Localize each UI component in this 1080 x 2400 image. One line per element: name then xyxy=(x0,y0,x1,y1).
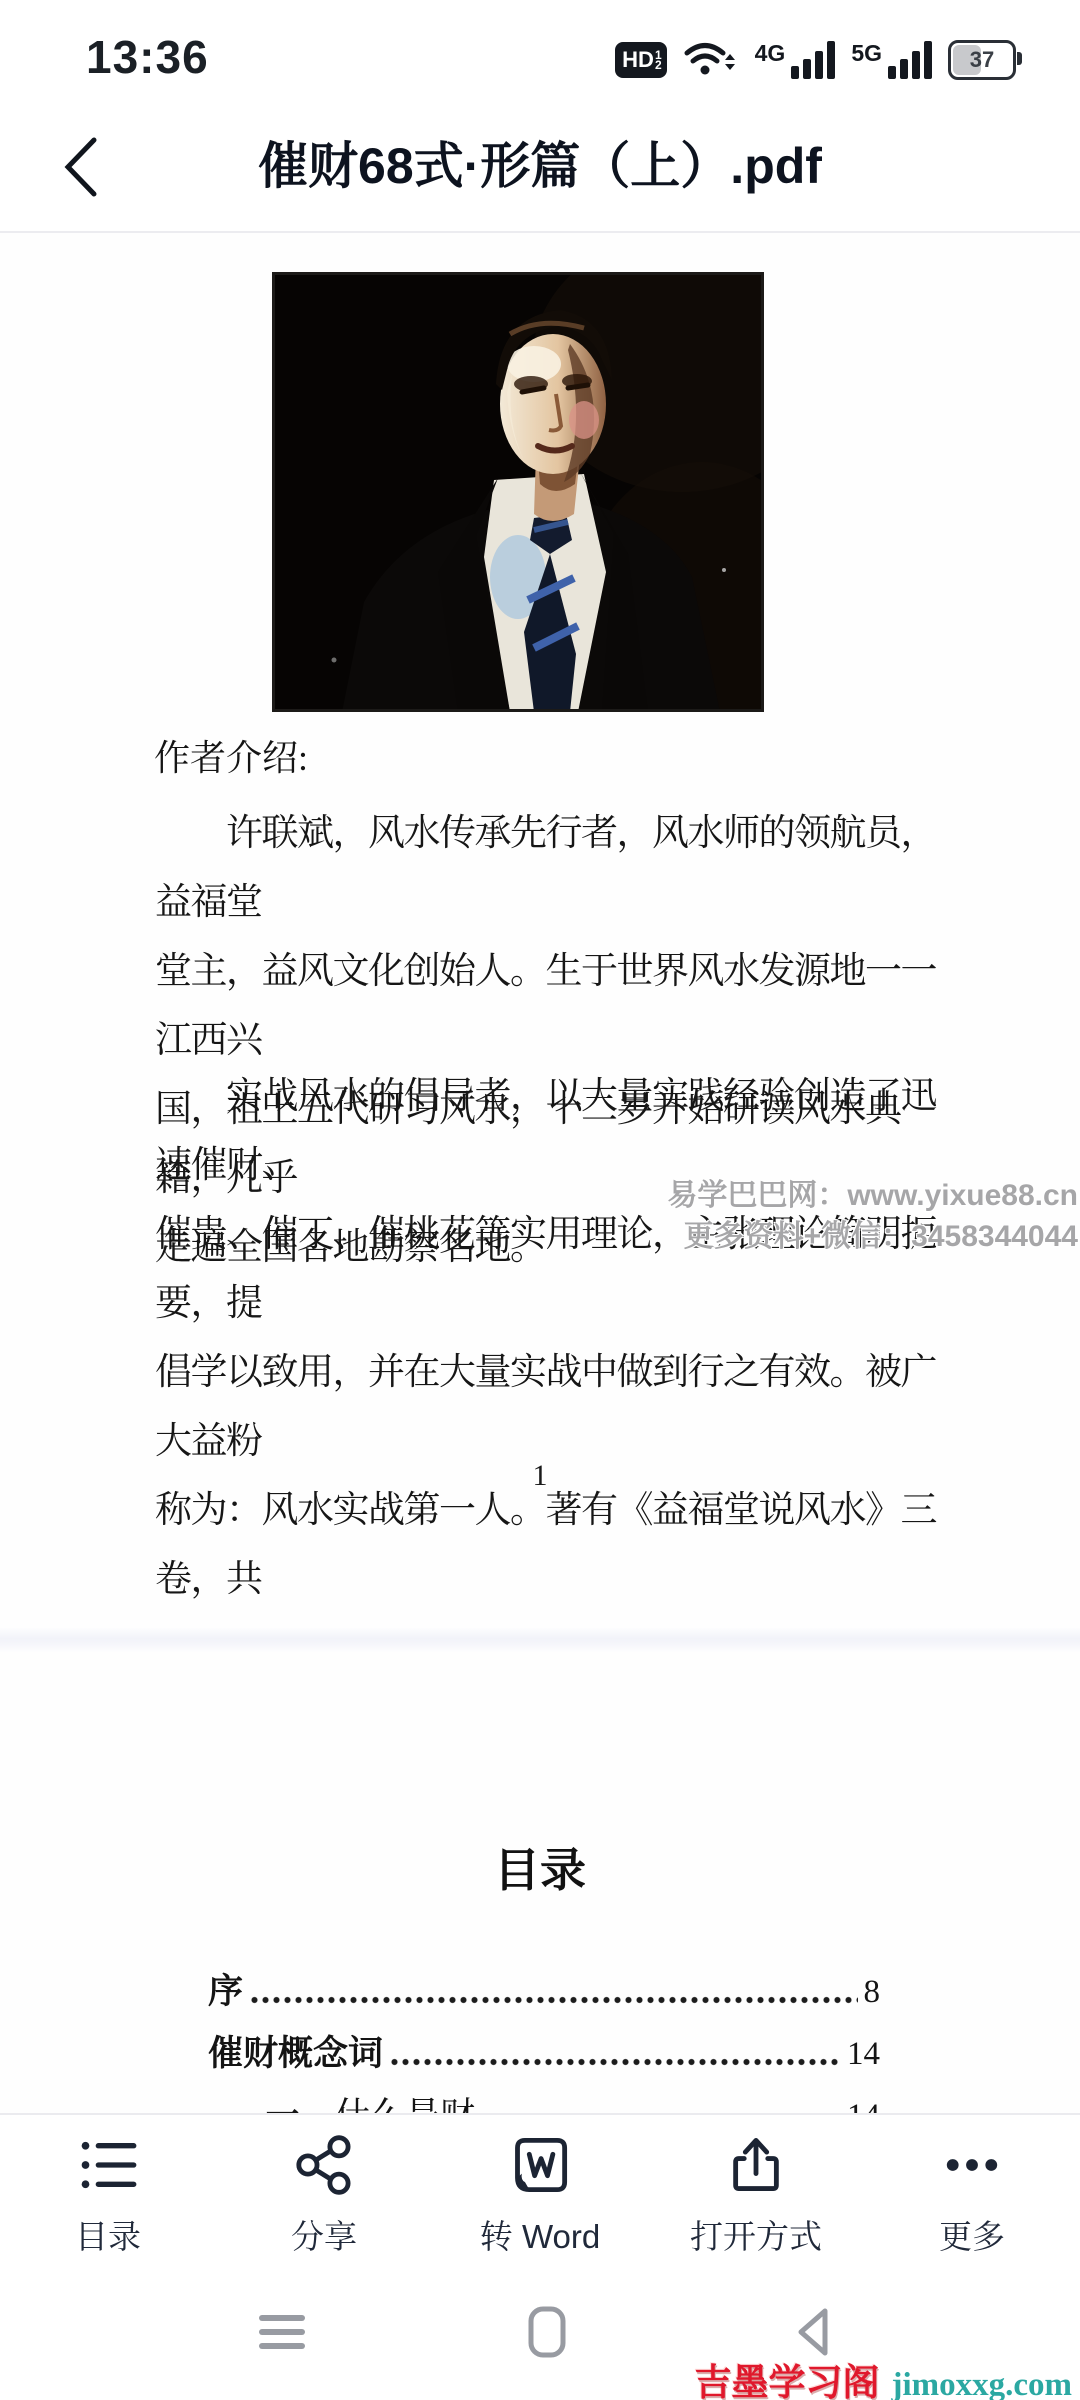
toc-dot-leader xyxy=(481,2092,841,2113)
recents-menu-icon[interactable] xyxy=(254,2304,310,2360)
toolbar-label: 打开方式 xyxy=(690,2211,822,2258)
list-bullets-icon xyxy=(78,2135,138,2195)
toolbar-outline-button[interactable]: 目录 xyxy=(0,2115,216,2292)
share-nodes-icon xyxy=(294,2135,354,2195)
toolbar-more-button[interactable]: 更多 xyxy=(864,2115,1080,2292)
toc-item-label: 催财概念词 xyxy=(208,2032,383,2076)
document-title: 催财68式·形篇（上）.pdf xyxy=(120,126,960,198)
clock: 13:36 xyxy=(86,30,209,84)
toc-row: 序 8 xyxy=(208,1968,880,2014)
toolbar-label: 分享 xyxy=(291,2211,357,2258)
author-portrait-photo xyxy=(272,272,764,712)
wifi-icon xyxy=(683,38,739,82)
pdf-page-1[interactable]: 作者介绍: 许联斌，风水传承先行者，风水师的领航员，益福堂 堂主，益风文化创始人… xyxy=(0,233,1080,1633)
signal-5g-icon: 5G xyxy=(851,41,932,79)
toc-item-label: 序 xyxy=(208,1970,243,2014)
toc-row: 催财概念词 14 xyxy=(208,2030,880,2076)
toolbar-convert-word-button[interactable]: 转 Word xyxy=(432,2115,648,2292)
toc-dot-leader xyxy=(389,2030,841,2068)
author-section-heading: 作者介绍: xyxy=(154,730,308,781)
hd-volte-icon: HD 12 xyxy=(615,42,666,78)
toolbar-label: 更多 xyxy=(939,2211,1005,2258)
toolbar-open-with-button[interactable]: 打开方式 xyxy=(648,2115,864,2292)
toc-item-page: 14 xyxy=(847,2094,880,2113)
toc-item-page: 8 xyxy=(864,1970,881,2014)
open-with-icon xyxy=(726,2135,786,2195)
toolbar-share-button[interactable]: 分享 xyxy=(216,2115,432,2292)
pdf-page-2[interactable]: 目录 序 8 催财概念词 14 一、什么是财 14 xyxy=(0,1652,1080,2113)
word-convert-icon xyxy=(510,2135,570,2195)
page-gap-separator xyxy=(0,1628,1080,1652)
back-icon[interactable] xyxy=(52,132,112,202)
toc-title: 目录 xyxy=(0,1834,1080,1900)
toolbar-label: 转 Word xyxy=(480,2211,600,2258)
page-number: 1 xyxy=(0,1459,1080,1493)
system-navbar xyxy=(0,2290,1080,2400)
author-bio-paragraph-2: 实战风水的倡导者，以大量实践经验创造了迅速催财、 催贵、催丁、催桃花等实用理论，… xyxy=(155,1062,955,1683)
phone-screen: 13:36 HD 12 4G 5G 37 xyxy=(0,0,1080,2400)
toc-item-label: 一、什么是财 xyxy=(265,2094,475,2113)
more-dots-icon xyxy=(942,2135,1002,2195)
status-icons: HD 12 4G 5G 37 xyxy=(615,38,1016,82)
toc-row: 一、什么是财 14 xyxy=(208,2092,880,2113)
toc-dot-leader xyxy=(249,1968,857,2006)
toc-item-page: 14 xyxy=(847,2032,880,2076)
signal-4g-icon: 4G xyxy=(755,41,836,79)
home-icon[interactable] xyxy=(519,2304,575,2360)
document-toolbar: 目录 分享 转 Word xyxy=(0,2113,1080,2292)
battery-icon: 37 xyxy=(948,40,1016,80)
nav-back-icon[interactable] xyxy=(787,2304,843,2360)
app-header: 催财68式·形篇（上）.pdf xyxy=(0,100,1080,232)
toolbar-label: 目录 xyxy=(75,2211,141,2258)
